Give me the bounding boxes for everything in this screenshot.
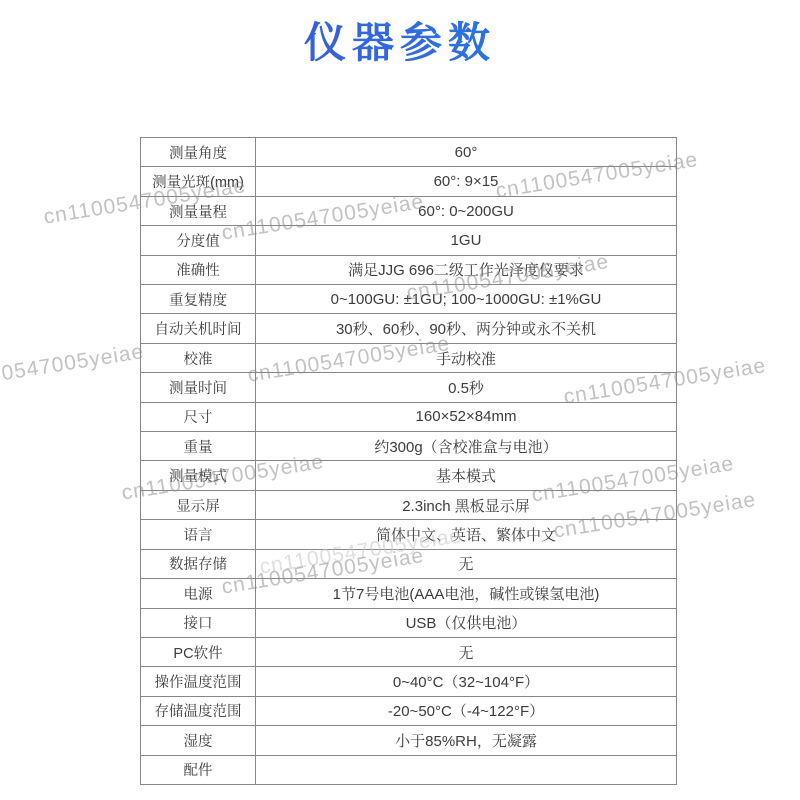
row-value: 2.3inch 黑板显示屏	[256, 491, 677, 520]
row-label: 电源	[141, 579, 256, 608]
row-value: 60°: 0~200GU	[256, 197, 677, 226]
row-label: 测量量程	[141, 197, 256, 226]
row-label: 测量光斑(mm)	[141, 167, 256, 196]
row-label: 测量角度	[141, 138, 256, 167]
row-value: 手动校准	[256, 344, 677, 373]
row-value: 满足JJG 696二级工作光泽度仪要求	[256, 256, 677, 285]
row-label: 重量	[141, 432, 256, 461]
row-value: 小于85%RH，无凝露	[256, 726, 677, 755]
row-label: 重复精度	[141, 285, 256, 314]
row-value: 无	[256, 550, 677, 579]
row-label: 准确性	[141, 256, 256, 285]
row-value: 基本模式	[256, 461, 677, 490]
row-value: 简体中文、英语、繁体中文	[256, 520, 677, 549]
row-label: 配件	[141, 756, 256, 785]
row-value: USB（仅供电池）	[256, 609, 677, 638]
row-value: 0~100GU: ±1GU; 100~1000GU: ±1%GU	[256, 285, 677, 314]
row-label: 尺寸	[141, 403, 256, 432]
row-label: 湿度	[141, 726, 256, 755]
row-label: 语言	[141, 520, 256, 549]
page-title: 仪器参数	[0, 10, 800, 70]
row-value	[256, 756, 677, 785]
row-value: 1节7号电池(AAA电池，碱性或镍氢电池)	[256, 579, 677, 608]
row-value: 60°: 9×15	[256, 167, 677, 196]
row-label: 测量模式	[141, 461, 256, 490]
spec-table: 测量角度60°测量光斑(mm)60°: 9×15测量量程60°: 0~200GU…	[140, 137, 677, 785]
row-label: 自动关机时间	[141, 314, 256, 343]
row-value: 0~40°C（32~104°F）	[256, 667, 677, 696]
row-label: 接口	[141, 609, 256, 638]
row-label: 校准	[141, 344, 256, 373]
row-value: 160×52×84mm	[256, 403, 677, 432]
row-value: 60°	[256, 138, 677, 167]
row-label: PC软件	[141, 638, 256, 667]
row-value: 30秒、60秒、90秒、两分钟或永不关机	[256, 314, 677, 343]
watermark-text: cn1100547005yeiae	[0, 340, 146, 396]
row-label: 数据存储	[141, 550, 256, 579]
row-value: 1GU	[256, 226, 677, 255]
row-label: 存储温度范围	[141, 697, 256, 726]
row-label: 测量时间	[141, 373, 256, 402]
row-label: 操作温度范围	[141, 667, 256, 696]
row-label: 显示屏	[141, 491, 256, 520]
row-value: 0.5秒	[256, 373, 677, 402]
row-value: -20~50°C（-4~122°F）	[256, 697, 677, 726]
row-value: 约300g（含校准盒与电池）	[256, 432, 677, 461]
row-label: 分度值	[141, 226, 256, 255]
row-value: 无	[256, 638, 677, 667]
